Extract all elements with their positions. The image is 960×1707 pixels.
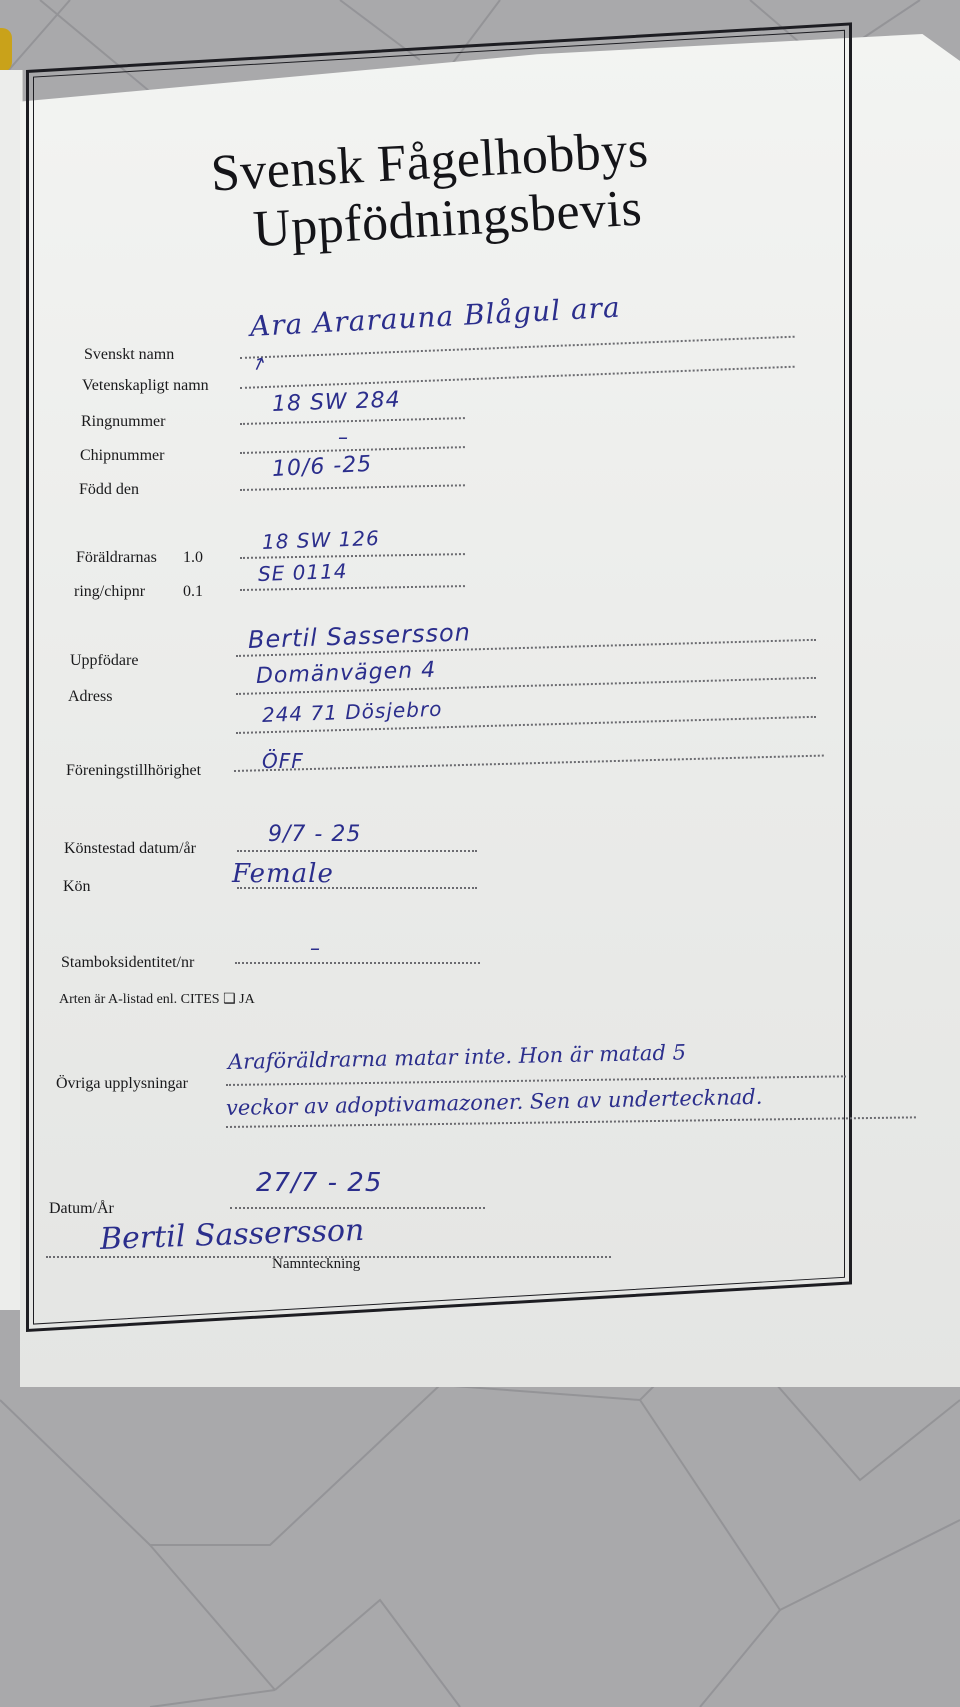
line-stamboksidentitet [235, 962, 480, 964]
label-konstestad: Könstestad datum/år [64, 840, 196, 858]
value-adress-line2[interactable]: 244 71 Dösjebro [262, 697, 443, 727]
cites-checkbox[interactable]: ❑ [223, 992, 236, 1007]
label-adress: Adress [68, 688, 112, 706]
line-fodd-den [240, 484, 465, 491]
label-uppfodare: Uppfödare [70, 652, 138, 670]
label-vetenskapligt-namn: Vetenskapligt namn [82, 377, 209, 395]
value-svenskt-namn[interactable]: Ara Ararauna Blågul ara [249, 291, 621, 343]
line-vetenskapligt-namn [240, 366, 795, 389]
value-ringnummer[interactable]: 18 SW 284 [272, 388, 401, 417]
label-fodd-den: Född den [79, 481, 139, 499]
signature[interactable]: Bertil Sassersson [99, 1213, 364, 1257]
value-far-ring[interactable]: 18 SW 126 [262, 526, 381, 554]
label-svenskt-namn: Svenskt namn [84, 346, 174, 364]
label-foreningstillhorighet: Föreningstillhörighet [66, 762, 201, 780]
label-chipnummer: Chipnummer [80, 447, 164, 465]
value-ovriga-line1[interactable]: Araföräldrarna matar inte. Hon är matad … [228, 1040, 686, 1074]
line-mor [240, 585, 465, 591]
value-mor-ring[interactable]: SE 0114 [258, 559, 348, 586]
cites-row: Arten är A-listad enl. CITES ❑ JA [59, 991, 255, 1008]
value-vetenskapligt-namn[interactable]: ↗ [248, 351, 270, 376]
label-far-code: 1.0 [183, 549, 203, 567]
line-konstestad [237, 850, 477, 852]
label-cites: Arten är A-listad enl. CITES [59, 992, 220, 1007]
line-datum-ar [230, 1207, 485, 1209]
value-foreningstillhorighet[interactable]: ÖFF [262, 749, 304, 773]
value-fodd-den[interactable]: 10/6 -25 [271, 452, 373, 482]
value-stamboksidentitet[interactable]: – [310, 936, 321, 960]
value-adress-line1[interactable]: Domänvägen 4 [256, 658, 437, 689]
line-far [240, 553, 465, 559]
label-foraldrarnas: Föräldrarnas [76, 549, 157, 567]
value-ovriga-line2[interactable]: veckor av adoptivamazoner. Sen av undert… [226, 1085, 763, 1120]
value-konstestad[interactable]: 9/7 - 25 [268, 822, 361, 847]
label-namnteckning: Namnteckning [272, 1256, 360, 1273]
label-kon: Kön [63, 878, 91, 896]
label-cites-ja: JA [239, 992, 255, 1007]
line-ringnummer [240, 417, 465, 425]
certificate-content: Svensk Fågelhobbys Uppfödningsbevis Sven… [0, 0, 960, 1400]
value-datum-ar[interactable]: 27/7 - 25 [256, 1168, 382, 1198]
label-ovriga-upplysningar: Övriga upplysningar [56, 1075, 188, 1093]
label-datum-ar: Datum/År [49, 1200, 114, 1218]
line-foreningstillhorighet [234, 755, 824, 772]
label-stamboksidentitet: Stamboksidentitet/nr [61, 954, 194, 972]
value-chipnummer[interactable]: – [338, 425, 349, 449]
value-kon[interactable]: Female [232, 859, 334, 889]
label-mor-code: 0.1 [183, 583, 203, 601]
label-ring-chipnr: ring/chipnr [74, 583, 145, 601]
line-ovriga-2 [226, 1116, 916, 1128]
label-ringnummer: Ringnummer [81, 413, 165, 431]
